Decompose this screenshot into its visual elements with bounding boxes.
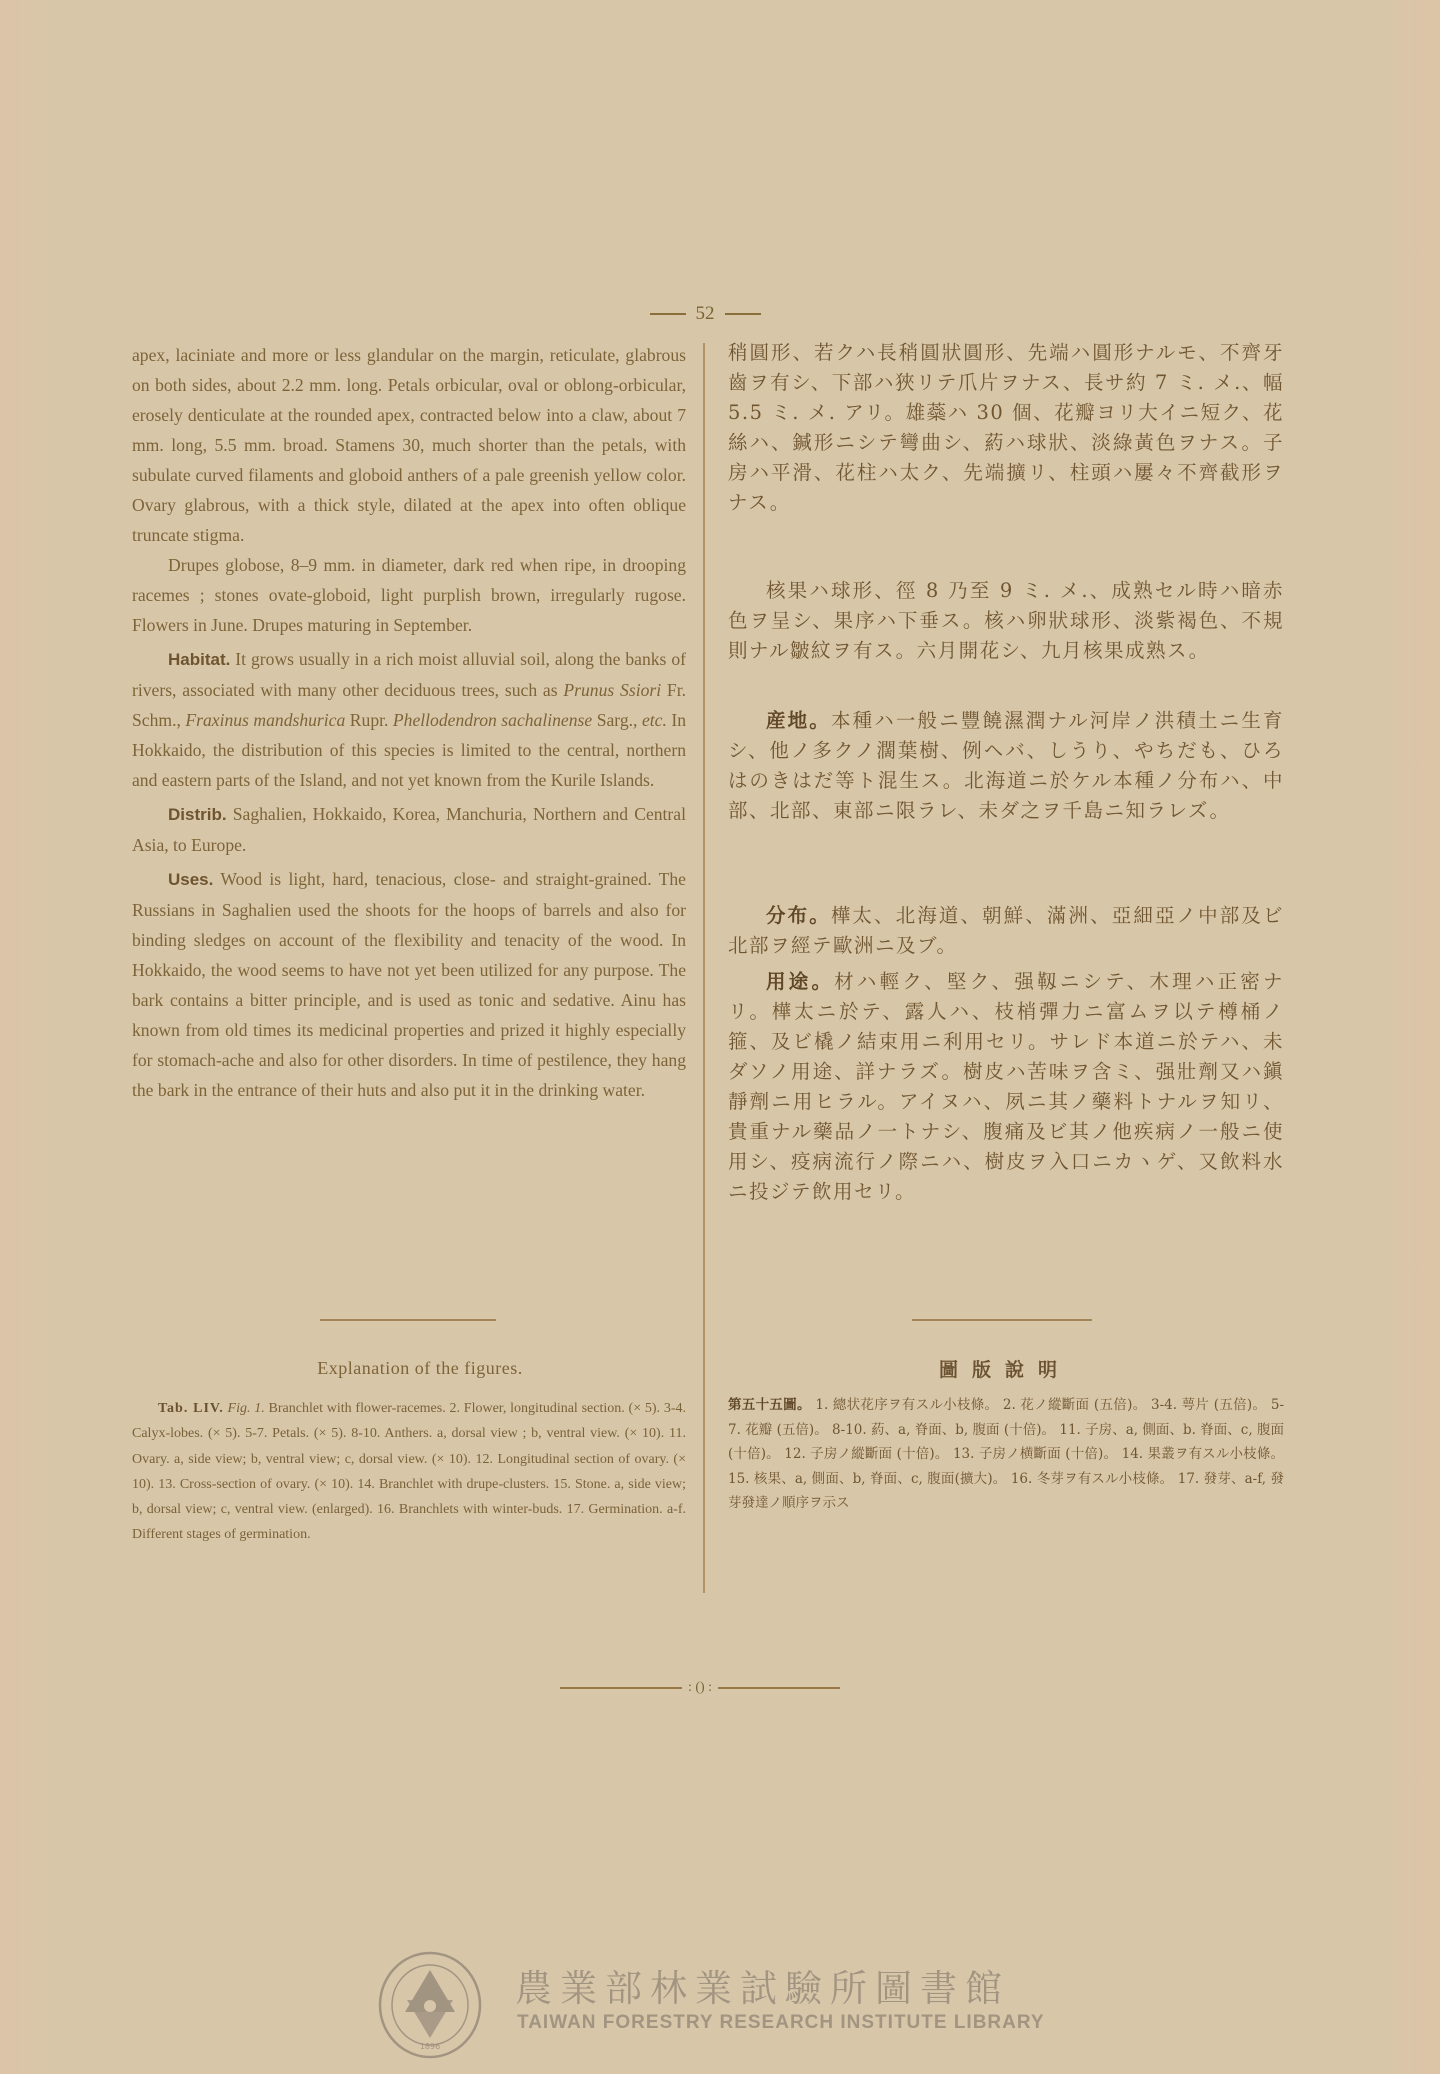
en-habitat-label: Habitat.: [168, 650, 230, 669]
en-description-cont: apex, laciniate and more or less glandul…: [132, 340, 686, 550]
library-name-en: TAIWAN FORESTRY RESEARCH INSTITUTE LIBRA…: [517, 2012, 1045, 2034]
library-watermark: 1896 農業部林業試驗所圖書館 TAIWAN FORESTRY RESEARC…: [375, 1950, 1075, 2060]
author-3: Sarg.,: [597, 710, 638, 730]
jp-distrib: 分布。樺太、北海道、朝鮮、滿洲、亞細亞ノ中部及ビ北部ヲ經テ歐洲ニ及ブ。: [728, 901, 1284, 961]
institute-seal-icon: 1896: [375, 1950, 485, 2060]
explanation-en: Tab. LIV. Fig. 1. Branchlet with flower-…: [132, 1396, 686, 1548]
jp-uses-label: 用途。: [766, 970, 834, 993]
page-number-text: 52: [696, 303, 715, 325]
svg-text:1896: 1896: [420, 2042, 440, 2051]
jp-uses: 用途。材ハ輕ク、堅ク、强靱ニシテ、木理ハ正密ナリ。樺太ニ於テ、露人ハ、枝梢彈力ニ…: [728, 967, 1284, 1207]
jp-uses-text: 材ハ輕ク、堅ク、强靱ニシテ、木理ハ正密ナリ。樺太ニ於テ、露人ハ、枝梢彈力ニ富ムヲ…: [728, 970, 1284, 1203]
species-prunus: Prunus Ssiori: [563, 680, 661, 700]
end-line-left: [560, 1687, 682, 1688]
en-uses-text: Wood is light, hard, tenacious, close- a…: [132, 869, 686, 1100]
tab-label-en: Tab. LIV.: [158, 1401, 224, 1416]
page-number: 52: [640, 303, 770, 325]
en-distrib: Distrib. Saghalien, Hokkaido, Korea, Man…: [132, 799, 686, 860]
explanation-title-en: Explanation of the figures.: [140, 1358, 700, 1379]
explanation-jp: 第五十五圖。 1. 總状花序ヲ有スル小枝條。 2. 花ノ縱斷面 (五倍)。 3-…: [728, 1393, 1284, 1516]
author-2: Rupr.: [350, 710, 389, 730]
fig-label: Fig. 1.: [228, 1401, 265, 1416]
en-distrib-label: Distrib.: [168, 805, 227, 824]
jp-habitat-label: 産地。: [766, 709, 831, 732]
tab-label-jp: 第五十五圖。: [728, 1397, 811, 1413]
end-line-right: [718, 1687, 840, 1688]
end-mark: : () :: [560, 1680, 840, 1696]
jp-drupes: 核果ハ球形、徑 8 乃至 9 ミ. メ.、成熟セル時ハ暗赤色ヲ呈シ、果序ハ下垂ス…: [728, 576, 1284, 666]
jp-description-cont: 稍圓形、若クハ長稍圓狀圓形、先端ハ圓形ナルモ、不齊牙齒ヲ有シ、下部ハ狹リテ爪片ヲ…: [728, 338, 1284, 518]
end-mark-text: : () :: [688, 1680, 712, 1696]
en-drupes: Drupes globose, 8–9 mm. in diameter, dar…: [132, 550, 686, 640]
dash-right: [725, 313, 761, 315]
dash-left: [650, 313, 686, 315]
jp-distrib-label: 分布。: [766, 904, 831, 927]
explanation-title-jp: 圖版說明: [710, 1355, 1300, 1382]
species-phellodendron: Phellodendron sachalinense: [393, 710, 592, 730]
library-name-zh: 農業部林業試驗所圖書館: [515, 1958, 1010, 2012]
jp-habitat: 産地。本種ハ一般ニ豐饒濕潤ナル河岸ノ洪積土ニ生育シ、他ノ多クノ濶葉樹、例ヘバ、し…: [728, 706, 1284, 826]
explanation-text-en: Branchlet with flower-racemes. 2. Flower…: [132, 1401, 686, 1542]
etc: etc.: [642, 710, 667, 730]
rule-right: [912, 1319, 1092, 1321]
column-divider: [703, 343, 705, 1593]
en-habitat: Habitat. It grows usually in a rich mois…: [132, 644, 686, 795]
english-column: apex, laciniate and more or less glandul…: [132, 340, 686, 1105]
rule-left: [320, 1319, 496, 1321]
en-uses: Uses. Wood is light, hard, tenacious, cl…: [132, 864, 686, 1105]
species-fraxinus: Fraxinus mandshurica: [185, 710, 345, 730]
en-uses-label: Uses.: [168, 870, 213, 889]
explanation-text-jp: 1. 總状花序ヲ有スル小枝條。 2. 花ノ縱斷面 (五倍)。 3-4. 萼片 (…: [728, 1397, 1284, 1511]
